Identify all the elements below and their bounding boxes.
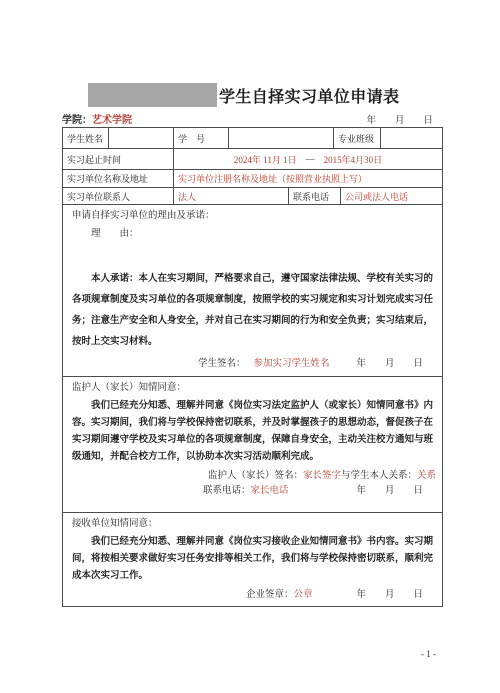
student-id-field xyxy=(229,128,334,148)
student-name-field xyxy=(109,128,174,148)
company-name-value: 实习单位注册名称及地址（按照营业执照上写） xyxy=(174,170,442,187)
company-section: 接收单位知情同意： 我们已经充分知悉、理解并同意《岗位实习接收企业知情同意书》书… xyxy=(63,513,442,606)
page-title: 学生自择实习单位申请表 xyxy=(219,84,399,107)
relation-label: 与学生本人关系： xyxy=(341,469,417,483)
student-sign-label: 学生签名： xyxy=(198,357,246,372)
table-row-company-name: 实习单位名称及地址 实习单位注册名称及地址（按照营业执照上写） xyxy=(63,170,442,188)
company-consent-paragraph: 我们已经充分知悉、理解并同意《岗位实习接收企业知情同意书》书内容。实习期间，将按… xyxy=(72,534,433,585)
guardian-signature-row: 监护人（家长）签名： 家长签字 与学生本人关系： 关系 xyxy=(72,469,433,483)
internship-start-date: 2024年 11月 1日 xyxy=(234,153,297,166)
guardian-section-header: 监护人（家长）知情同意： xyxy=(72,381,433,396)
college-field: 学院：艺术学院 xyxy=(62,111,132,126)
student-name-label: 学生姓名 xyxy=(63,128,109,148)
guardian-phone-row: 联系电话： 家长电话 年 月 日 xyxy=(72,484,433,498)
class-label: 专业班级 xyxy=(334,128,381,148)
company-contact-value: 法人 xyxy=(174,188,289,204)
page-number: - 1 - xyxy=(0,649,436,659)
application-form-table: 学生姓名 学 号 专业班级 实习起止时间 2024年 11月 1日 — 2015… xyxy=(62,127,443,607)
table-row-student: 学生姓名 学 号 专业班级 xyxy=(63,128,442,149)
relation-value: 关系 xyxy=(417,469,436,483)
guardian-sign-value: 家长签字 xyxy=(303,469,341,483)
internship-period-value: 2024年 11月 1日 — 2015年4月30日 xyxy=(174,149,442,169)
guardian-date: 年 月 日 xyxy=(356,484,433,498)
scanned-form-page: 学生自择实习单位申请表 学院：艺术学院 年 月 日 学生姓名 学 号 专业班级 … xyxy=(0,0,500,693)
student-sign-date: 年 月 日 xyxy=(356,357,433,372)
guardian-phone-value: 家长电话 xyxy=(251,484,289,498)
guardian-sign-label: 监护人（家长）签名： xyxy=(208,469,303,483)
reason-section-header: 申请自择实习单位的理由及承诺： xyxy=(72,209,433,224)
title-row: 学生自择实习单位申请表 xyxy=(88,83,500,107)
commitment-paragraph: 本人承诺：本人在实习期间，严格要求自己，遵守国家法律法规、学校有关实习的各项规章… xyxy=(72,269,433,353)
student-sign-value: 参加实习学生姓名 xyxy=(254,357,330,372)
guardian-consent-paragraph: 我们已经充分知悉、理解并同意《岗位实习法定监护人（或家长）知情同意书》内容。实习… xyxy=(72,398,433,466)
college-value: 艺术学院 xyxy=(92,115,132,126)
class-field xyxy=(381,128,442,148)
contact-phone-label: 联系电话 xyxy=(289,188,341,204)
period-dash: — xyxy=(306,154,315,164)
student-id-label: 学 号 xyxy=(174,128,229,148)
company-seal-label: 企业签章： xyxy=(246,588,294,603)
college-label: 学院： xyxy=(62,115,92,126)
company-seal-value: 公章 xyxy=(294,588,313,603)
reason-label: 理 由： xyxy=(72,227,433,242)
company-section-header: 接收单位知情同意： xyxy=(72,517,433,532)
student-signature-row: 学生签名： 参加实习学生姓名 年 月 日 xyxy=(72,357,433,372)
table-row-period: 实习起止时间 2024年 11月 1日 — 2015年4月30日 xyxy=(63,149,442,170)
guardian-section: 监护人（家长）知情同意： 我们已经充分知悉、理解并同意《岗位实习法定监护人（或家… xyxy=(63,377,442,513)
redacted-box xyxy=(88,83,217,107)
guardian-phone-label: 联系电话： xyxy=(203,484,251,498)
company-contact-label: 实习单位联系人 xyxy=(63,188,174,204)
internship-end-date: 2015年4月30日 xyxy=(324,153,383,166)
company-seal-row: 企业签章： 公章 年 月 日 xyxy=(72,588,433,603)
contact-phone-value: 公司或法人电话 xyxy=(341,188,442,204)
reason-section: 申请自择实习单位的理由及承诺： 理 由： 本人承诺：本人在实习期间，严格要求自己… xyxy=(63,205,442,377)
company-name-label: 实习单位名称及地址 xyxy=(63,170,174,187)
college-line: 学院：艺术学院 年 月 日 xyxy=(62,113,443,126)
internship-period-label: 实习起止时间 xyxy=(63,149,174,169)
header-date-placeholder: 年 月 日 xyxy=(366,112,443,126)
table-row-contact: 实习单位联系人 法人 联系电话 公司或法人电话 xyxy=(63,188,442,205)
company-date: 年 月 日 xyxy=(356,588,433,603)
